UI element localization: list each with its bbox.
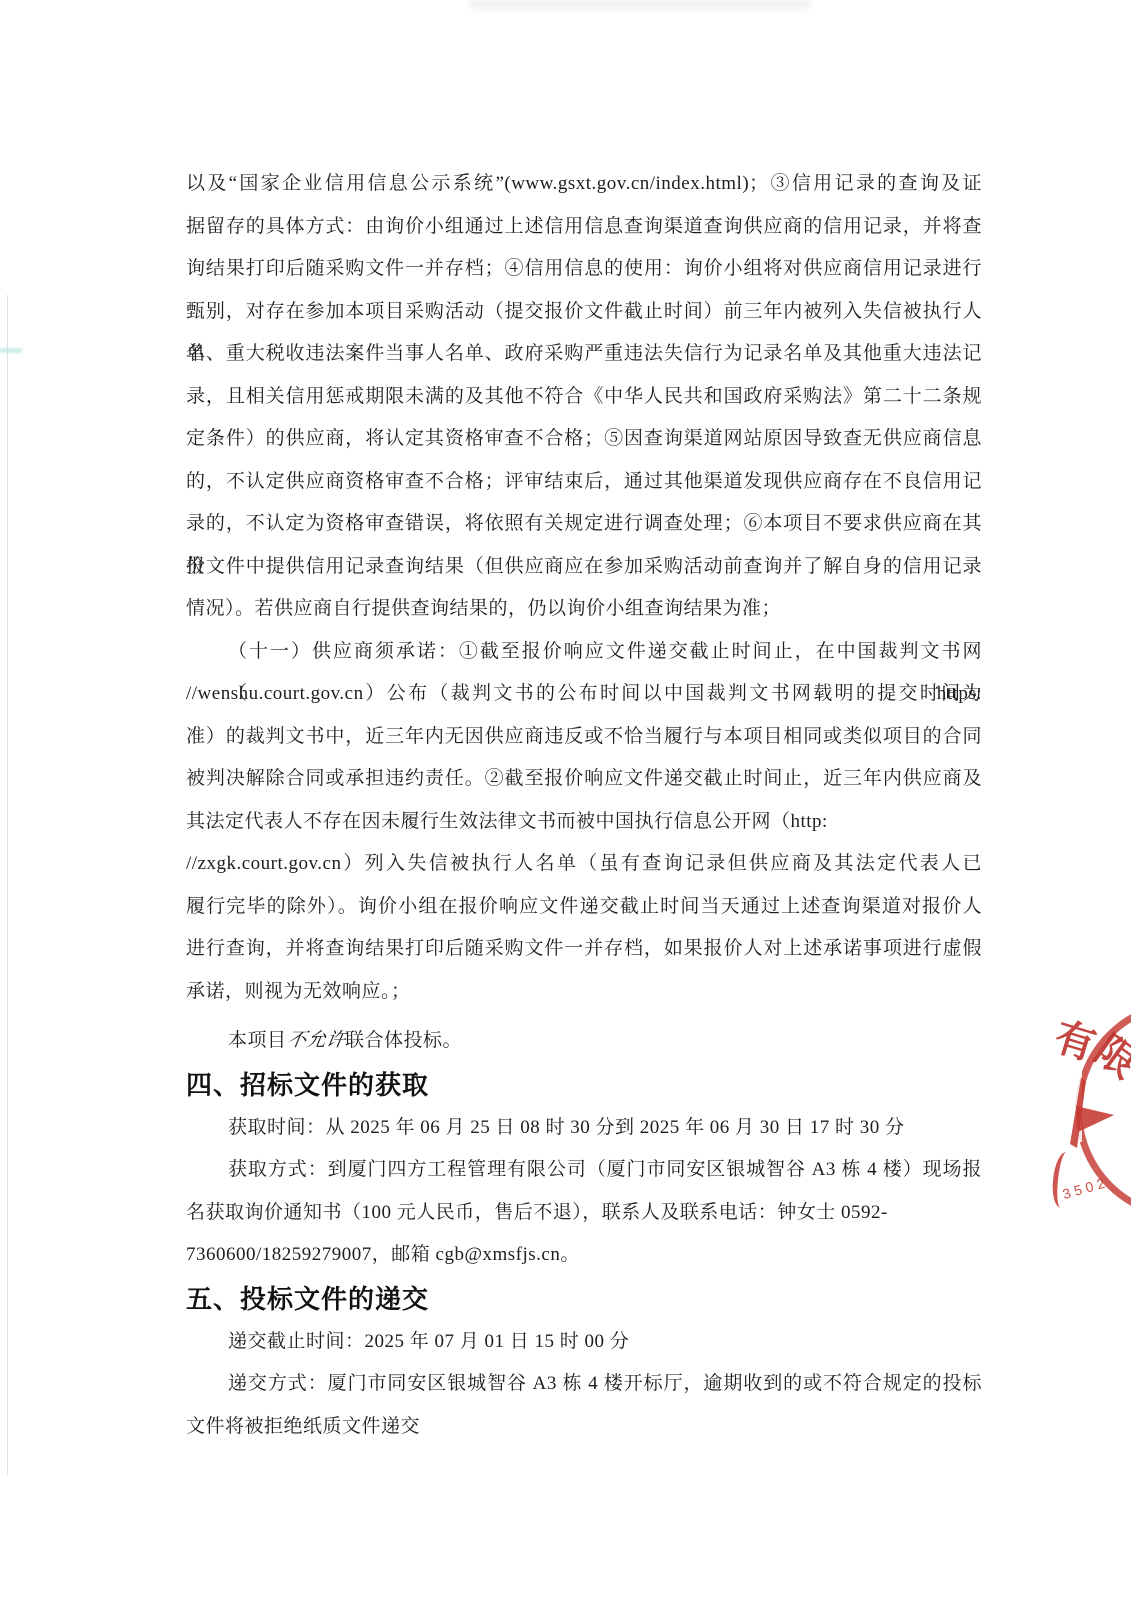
document-content: 以及“国家企业信用信息公示系统”(www.gsxt.gov.cn/index.h…: [186, 163, 982, 1448]
seal-inner-arc-mark: [1050, 1151, 1077, 1209]
paragraph-spacer: [186, 1013, 982, 1020]
paragraph-line: //wenshu.court.gov.cn）公布（裁判文书的公布时间以中国裁判文…: [186, 673, 982, 716]
acquisition-method-line: 获取方式：到厦门四方工程管理有限公司（厦门市同安区银城智谷 A3 栋 4 楼）现…: [186, 1149, 982, 1192]
paragraph-line: 的，不认定供应商资格审查不合格；评审结束后，通过其他渠道发现供应商存在不良信用记: [186, 461, 982, 504]
paragraph-line: 以及“国家企业信用信息公示系统”(www.gsxt.gov.cn/index.h…: [186, 163, 982, 206]
paragraph-line: 准）的裁判文书中，近三年内无因供应商违反或不恰当履行与本项目相同或类似项目的合同: [186, 716, 982, 759]
paragraph-line: 单、重大税收违法案件当事人名单、政府采购严重违法失信行为记录名单及其他重大违法记: [186, 333, 982, 376]
section-4-heading: 四、招标文件的获取: [186, 1063, 982, 1107]
acquisition-time-line: 获取时间：从 2025 年 06 月 25 日 08 时 30 分到 2025 …: [186, 1107, 982, 1150]
seal-outer-ring: [1075, 1000, 1131, 1220]
scan-artifact-top-smudge: [470, 0, 810, 9]
seal-ring-ink-gap: [1066, 1062, 1082, 1142]
no-joint-bid-line: 本项目不允许联合体投标。: [186, 1020, 982, 1063]
paragraph-line: 被判决解除合同或承担违约责任。②截至报价响应文件递交截止时间止，近三年内供应商及: [186, 758, 982, 801]
paragraph-line: 询结果打印后随采购文件一并存档；④信用信息的使用：询价小组将对供应商信用记录进行: [186, 248, 982, 291]
paragraph-line: 甄别，对存在参加本项目采购活动（提交报价文件截止时间）前三年内被列入失信被执行人…: [186, 291, 982, 334]
paragraph-line: //zxgk.court.gov.cn）列入失信被执行人名单（虽有查询记录但供应…: [186, 843, 982, 886]
paragraph-line: 进行查询，并将查询结果打印后随采购文件一并存档，如果报价人对上述承诺事项进行虚假: [186, 928, 982, 971]
paragraph-line: 承诺，则视为无效响应。；: [186, 971, 982, 1014]
submission-deadline-line: 递交截止时间：2025 年 07 月 01 日 15 时 00 分: [186, 1321, 982, 1364]
paragraph-line: （十一）供应商须承诺：①截至报价响应文件递交截止时间止，在中国裁判文书网（htt…: [186, 631, 982, 674]
scan-artifact-cyan-tick: [0, 348, 22, 353]
paragraph-line: 据留存的具体方式：由询价小组通过上述信用信息查询渠道查询供应商的信用记录，并将查: [186, 206, 982, 249]
no-joint-bid-prefix: 本项目: [228, 1030, 287, 1051]
paragraph-line: 其法定代表人不存在因未履行生效法律文书而被中国执行信息公开网（http:: [186, 801, 982, 844]
paragraph-line: 情况）。若供应商自行提供查询结果的，仍以询价小组查询结果为准；: [186, 588, 982, 631]
submission-method-line: 文件将被拒绝纸质文件递交: [186, 1406, 982, 1449]
seal-star-point-icon: [1066, 1078, 1118, 1150]
acquisition-method-line: 名获取询价通知书（100 元人民币，售后不退），联系人及联系电话：钟女士 059…: [186, 1192, 982, 1235]
paragraph-line: 定条件）的供应商，将认定其资格审查不合格；⑤因查询渠道网站原因导致查无供应商信息: [186, 418, 982, 461]
paragraph-line: 履行完毕的除外）。询价小组在报价响应文件递交截止时间当天通过上述查询渠道对报价人: [186, 886, 982, 929]
scan-artifact-left-edge-line: [7, 295, 8, 1475]
submission-method-line: 递交方式：厦门市同安区银城智谷 A3 栋 4 楼开标厅，逾期收到的或不符合规定的…: [186, 1363, 982, 1406]
seal-character-xian: 限: [1085, 1020, 1131, 1090]
paragraph-line: 录，且相关信用惩戒期限未满的及其他不符合《中华人民共和国政府采购法》第二十二条规: [186, 376, 982, 419]
seal-character-you: 有: [1049, 1005, 1104, 1071]
contact-email-line: 7360600/18259279007，邮箱 cgb@xmsfjs.cn。: [186, 1234, 982, 1277]
paragraph-line: 录的，不认定为资格审查错误，将依照有关规定进行调查处理；⑥本项目不要求供应商在其…: [186, 503, 982, 546]
no-joint-bid-suffix: 联合体投标。: [345, 1030, 462, 1051]
paragraph-line: 价文件中提供信用记录查询结果（但供应商应在参加采购活动前查询并了解自身的信用记录: [186, 546, 982, 589]
section-5-heading: 五、投标文件的递交: [186, 1277, 982, 1321]
seal-serial-number: 3502: [1061, 1174, 1111, 1202]
document-page: 以及“国家企业信用信息公示系统”(www.gsxt.gov.cn/index.h…: [0, 0, 1131, 1600]
no-joint-bid-emphasis: 不允许: [283, 1020, 348, 1063]
